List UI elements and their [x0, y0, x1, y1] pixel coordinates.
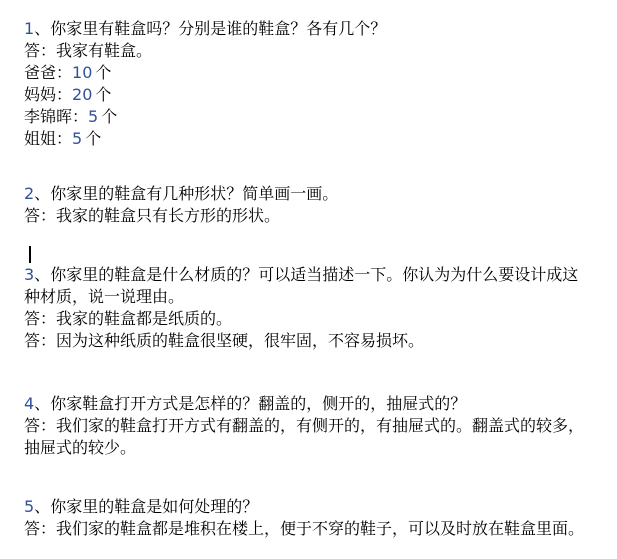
count-unit: 个 [95, 85, 111, 104]
question-number: 2 [24, 184, 34, 203]
question-delimiter: 、 [34, 394, 50, 413]
answer-line[interactable]: 答：我们家的鞋盒打开方式有翻盖的，有侧开的，有抽屉式的。翻盖式的较多， [24, 415, 617, 437]
question-delimiter: 、 [34, 19, 50, 38]
question-line[interactable]: 5、你家里的鞋盒是如何处理的？ [24, 496, 617, 518]
question-text: 你家里有鞋盒吗？分别是谁的鞋盒？各有几个？ [50, 19, 386, 38]
count-unit: 个 [101, 107, 117, 126]
count-value: 5 [72, 129, 82, 148]
answer-line[interactable]: 答：因为这种纸质的鞋盒很坚硬，很牢固，不容易损坏。 [24, 330, 617, 352]
question-number: 3 [24, 265, 34, 284]
count-label: 爸爸： [24, 63, 72, 82]
question-line-continued[interactable]: 种材质，说一说理由。 [24, 286, 617, 308]
count-label: 李锦晖： [24, 107, 88, 126]
count-value: 5 [88, 107, 98, 126]
section-1: 1、你家里有鞋盒吗？分别是谁的鞋盒？各有几个？ 答：我家有鞋盒。 爸爸：10个 … [24, 18, 617, 150]
answer-line[interactable]: 答：我们家的鞋盒都是堆积在楼上，便于不穿的鞋子，可以及时放在鞋盒里面。 [24, 518, 617, 540]
question-delimiter: 、 [34, 265, 50, 284]
answer-line[interactable]: 答：我家的鞋盒都是纸质的。 [24, 308, 617, 330]
count-value: 10 [72, 63, 92, 82]
question-delimiter: 、 [34, 184, 50, 203]
question-text: 你家里的鞋盒有几种形状？简单画一画。 [50, 184, 338, 203]
question-line[interactable]: 2、你家里的鞋盒有几种形状？简单画一画。 [24, 183, 617, 205]
count-line[interactable]: 妈妈：20个 [24, 84, 617, 106]
answer-line[interactable]: 答：我家有鞋盒。 [24, 40, 617, 62]
question-text: 你家鞋盒打开方式是怎样的？翻盖的，侧开的，抽屉式的？ [50, 394, 466, 413]
question-line[interactable]: 3、你家里的鞋盒是什么材质的？可以适当描述一下。你认为为什么要设计成这 [24, 264, 617, 286]
question-number: 5 [24, 497, 34, 516]
answer-line[interactable]: 答：我家的鞋盒只有长方形的形状。 [24, 205, 617, 227]
document-page[interactable]: 1、你家里有鞋盒吗？分别是谁的鞋盒？各有几个？ 答：我家有鞋盒。 爸爸：10个 … [0, 0, 617, 559]
count-label: 妈妈： [24, 85, 72, 104]
text-cursor [29, 246, 31, 263]
answer-line-continued[interactable]: 抽屉式的较少。 [24, 437, 617, 459]
question-delimiter: 、 [34, 497, 50, 516]
count-line[interactable]: 李锦晖：5个 [24, 106, 617, 128]
question-text: 你家里的鞋盒是什么材质的？可以适当描述一下。你认为为什么要设计成这 [50, 265, 578, 284]
question-number: 1 [24, 19, 34, 38]
section-4: 4、你家鞋盒打开方式是怎样的？翻盖的，侧开的，抽屉式的？ 答：我们家的鞋盒打开方… [24, 393, 617, 459]
question-number: 4 [24, 394, 34, 413]
question-line[interactable]: 4、你家鞋盒打开方式是怎样的？翻盖的，侧开的，抽屉式的？ [24, 393, 617, 415]
count-unit: 个 [95, 63, 111, 82]
section-3: 3、你家里的鞋盒是什么材质的？可以适当描述一下。你认为为什么要设计成这 种材质，… [24, 264, 617, 352]
count-label: 姐姐： [24, 129, 72, 148]
cursor-line[interactable] [24, 240, 617, 264]
question-line[interactable]: 1、你家里有鞋盒吗？分别是谁的鞋盒？各有几个？ [24, 18, 617, 40]
question-text: 你家里的鞋盒是如何处理的？ [50, 497, 258, 516]
section-2: 2、你家里的鞋盒有几种形状？简单画一画。 答：我家的鞋盒只有长方形的形状。 [24, 183, 617, 227]
count-line[interactable]: 姐姐：5个 [24, 128, 617, 150]
count-value: 20 [72, 85, 92, 104]
section-5: 5、你家里的鞋盒是如何处理的？ 答：我们家的鞋盒都是堆积在楼上，便于不穿的鞋子，… [24, 496, 617, 540]
count-line[interactable]: 爸爸：10个 [24, 62, 617, 84]
count-unit: 个 [85, 129, 101, 148]
